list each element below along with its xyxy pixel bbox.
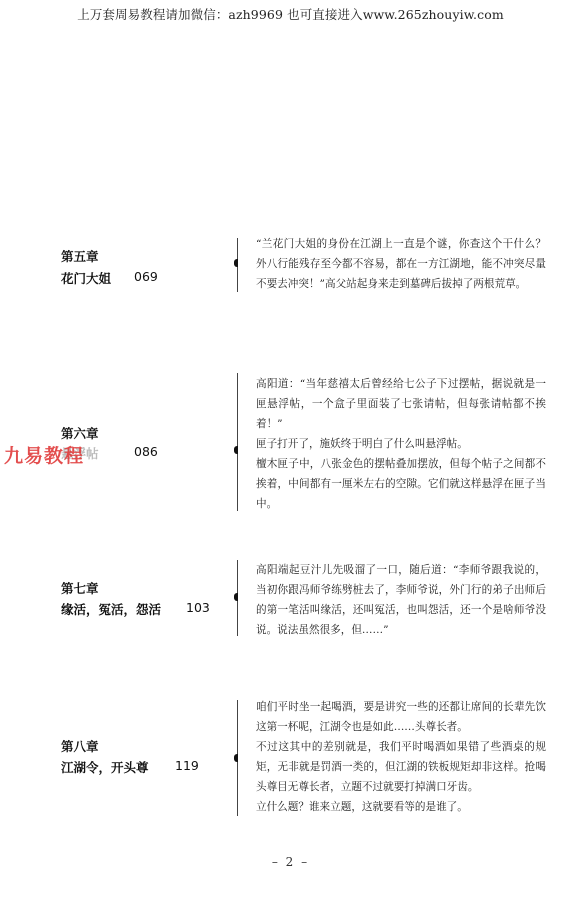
chapter-6-excerpt: 高阳道：“当年慈禧太后曾经给七公子下过摆帖，据说就是一匣悬浮帖，一个盒子里面装了… <box>256 374 546 514</box>
chapter-5-excerpt: “兰花门大姐的身份在江湖上一直是个谜，你查这个干什么？外八行能残存至今都不容易，… <box>256 234 546 294</box>
chapter-6-marker-icon <box>234 446 238 454</box>
chapter-5-page: 069 <box>134 269 158 284</box>
excerpt-paragraph: 高阳道：“当年慈禧太后曾经给七公子下过摆帖，据说就是一匣悬浮帖，一个盒子里面装了… <box>256 374 546 434</box>
chapter-8-marker-icon <box>234 754 238 762</box>
chapter-8-page: 119 <box>175 758 199 773</box>
excerpt-paragraph: 不过这其中的差别就是，我们平时喝酒如果错了些酒桌的规矩，无非就是罚酒一类的，但江… <box>256 737 546 797</box>
chapter-5-marker-icon <box>234 259 238 267</box>
chapter-8-label: 第八章 <box>61 737 99 755</box>
page-number: – 2 – <box>0 855 581 869</box>
watermark: 九易教程 <box>4 441 84 468</box>
chapter-7-marker-icon <box>234 593 238 601</box>
chapter-7-excerpt: 高阳端起豆汁儿先吸溜了一口，随后道：“李师爷跟我说的，当初你跟冯师爷练劈桩去了，… <box>256 560 546 640</box>
excerpt-paragraph: 立什么题？谁来立题，这就要看等的是谁了。 <box>256 797 546 817</box>
excerpt-paragraph: 檀木匣子中，八张金色的摆帖叠加摆放，但每个帖子之间都不挨着，中间都有一厘米左右的… <box>256 454 546 514</box>
chapter-6-label: 第六章 <box>61 424 99 442</box>
excerpt-paragraph: “兰花门大姐的身份在江湖上一直是个谜，你查这个干什么？外八行能残存至今都不容易，… <box>256 234 546 294</box>
chapter-6-divider <box>237 373 238 511</box>
excerpt-paragraph: 咱们平时坐一起喝酒，要是讲究一些的还都让席间的长辈先饮这第一杯呢，江湖令也是如此… <box>256 697 546 737</box>
excerpt-paragraph: 匣子打开了，施妖终于明白了什么叫悬浮帖。 <box>256 434 546 454</box>
chapter-5-title: 花门大姐 <box>61 269 111 287</box>
chapter-8-excerpt: 咱们平时坐一起喝酒，要是讲究一些的还都让席间的长辈先饮这第一杯呢，江湖令也是如此… <box>256 697 546 817</box>
chapter-7-label: 第七章 <box>61 579 99 597</box>
excerpt-paragraph: 高阳端起豆汁儿先吸溜了一口，随后道：“李师爷跟我说的，当初你跟冯师爷练劈桩去了，… <box>256 560 546 640</box>
chapter-5-label: 第五章 <box>61 247 99 265</box>
chapter-7-page: 103 <box>186 600 210 615</box>
chapter-6-page: 086 <box>134 444 158 459</box>
chapter-8-title: 江湖令，开头尊 <box>61 758 149 776</box>
page-header-banner: 上万套周易教程请加微信：azh9969 也可直接进入www.265zhouyiw… <box>0 5 581 23</box>
chapter-7-title: 缘活，冤活，怨活 <box>61 600 161 618</box>
